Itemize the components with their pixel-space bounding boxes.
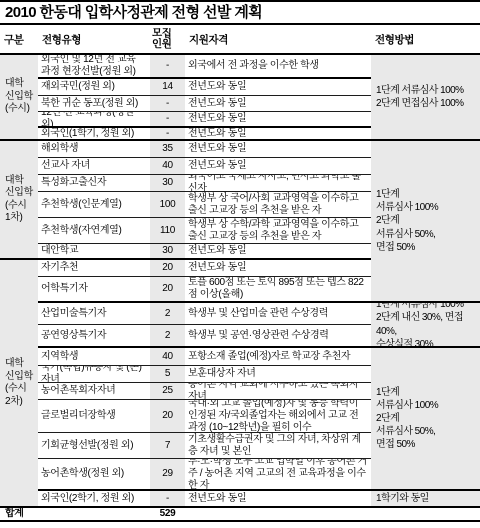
quota-cell: - bbox=[150, 96, 185, 112]
quota-cell: 20 bbox=[150, 260, 185, 277]
eligibility-cell: 학생부 상 수학/과학 교과영역을 이수하고 출신 고교장 등의 추천을 받은 … bbox=[185, 218, 371, 244]
type-cell: 12년 전 교육과정(정원 외) bbox=[38, 112, 150, 128]
newspaper-table-page: 2010 한동대 입학사정관제 전형 선발 계획 구분 전형유형 모집 인원 지… bbox=[0, 0, 480, 528]
type-cell: 선교사 자녀 bbox=[38, 158, 150, 175]
header-gubun: 구분 bbox=[0, 32, 38, 47]
method-cell: 1학기와 동일 bbox=[371, 491, 480, 508]
type-cell: 지역학생 bbox=[38, 348, 150, 366]
page-title: 2010 한동대 입학사정관제 전형 선발 계획 bbox=[0, 2, 480, 25]
total-empty-cell bbox=[185, 508, 480, 522]
quota-cell: 14 bbox=[150, 79, 185, 96]
eligibility-cell: 외국에서 전 과정을 이수한 학생 bbox=[185, 55, 371, 79]
type-cell: 농어촌학생(정원 외) bbox=[38, 459, 150, 491]
quota-cell: 29 bbox=[150, 459, 185, 491]
quota-cell: - bbox=[150, 491, 185, 508]
total-label: 합계 bbox=[0, 508, 150, 522]
quota-cell: 40 bbox=[150, 348, 185, 366]
quota-cell: 7 bbox=[150, 433, 185, 459]
method-cell: 1단계 서류심사 100% 2단계 면접심사 100% bbox=[371, 55, 480, 141]
eligibility-cell: 전년도와 동일 bbox=[185, 491, 371, 508]
method-cell: 1단계 서류심사 100% 2단계 내신 30%, 면접 40%, 수상실적 3… bbox=[371, 303, 480, 348]
eligibility-cell: 포항소재 졸업(예정)자로 학교장 추천자 bbox=[185, 348, 371, 366]
eligibility-cell: 농어촌 지역 교회에 시무하고 있는 목회자 자녀 bbox=[185, 383, 371, 400]
eligibility-cell: 학생부 상 국어/사회 교과영역을 이수하고 출신 고교장 등의 추천을 받은 … bbox=[185, 192, 371, 218]
type-cell: 대안학교 bbox=[38, 244, 150, 260]
admissions-table: 대학 신입학 (수시) 대학 신입학 (수시 1차) 대학 신입학 (수시 2차… bbox=[0, 55, 480, 522]
quota-cell: 2 bbox=[150, 325, 185, 348]
group-label-susi-2cha: 대학 신입학 (수시 2차) bbox=[0, 260, 38, 508]
type-cell: 산업미술특기자 bbox=[38, 303, 150, 325]
type-cell: 재외국민(정원 외) bbox=[38, 79, 150, 96]
type-cell: 외국인(1학기, 정원 외) bbox=[38, 128, 150, 141]
quota-cell: 30 bbox=[150, 244, 185, 260]
table-header-row: 구분 전형유형 모집 인원 지원자격 전형방법 bbox=[0, 25, 480, 55]
quota-cell: 40 bbox=[150, 158, 185, 175]
eligibility-cell: 전년도와 동일 bbox=[185, 79, 371, 96]
quota-cell: - bbox=[150, 55, 185, 79]
header-method: 전형방법 bbox=[371, 32, 480, 47]
eligibility-cell: 전년도와 동일 bbox=[185, 128, 371, 141]
eligibility-cell: 전년도와 동일 bbox=[185, 141, 371, 158]
eligibility-cell: 학생부 및 공연·영상관련 수상경력 bbox=[185, 325, 371, 348]
type-cell: 북한 귀순 동포(정원 외) bbox=[38, 96, 150, 112]
header-type: 전형유형 bbox=[38, 32, 150, 47]
type-cell: 추천학생(자연계열) bbox=[38, 218, 150, 244]
method-cell: 1단계 서류심사 100% 2단계 서류심사 50%, 면접 50% bbox=[371, 348, 480, 491]
type-cell: 해외학생 bbox=[38, 141, 150, 158]
quota-cell: 110 bbox=[150, 218, 185, 244]
eligibility-cell: 보훈대상자 자녀 bbox=[185, 366, 371, 383]
quota-cell: 35 bbox=[150, 141, 185, 158]
quota-cell: 5 bbox=[150, 366, 185, 383]
eligibility-cell: 전년도와 동일 bbox=[185, 260, 371, 277]
group-label-susi: 대학 신입학 (수시) bbox=[0, 55, 38, 141]
type-cell: 국가(독립)유공자 및 (손)자녀 bbox=[38, 366, 150, 383]
total-value: 529 bbox=[150, 508, 185, 522]
quota-cell: 100 bbox=[150, 192, 185, 218]
quota-cell: 20 bbox=[150, 277, 185, 303]
type-cell: 어학특기자 bbox=[38, 277, 150, 303]
header-eligibility: 지원자격 bbox=[185, 32, 371, 47]
type-cell: 특성화고출신자 bbox=[38, 175, 150, 192]
eligibility-cell: 전년도와 동일 bbox=[185, 96, 371, 112]
type-cell: 외국인 및 12년 전 교육 과정 현장선발(정원 외) bbox=[38, 55, 150, 79]
eligibility-cell: 학생부 및 산업미술 관련 수상경력 bbox=[185, 303, 371, 325]
eligibility-cell: 전년도와 동일 bbox=[185, 244, 371, 260]
type-cell: 농어촌목회자자녀 bbox=[38, 383, 150, 400]
type-cell: 공연영상특기자 bbox=[38, 325, 150, 348]
method-cell: 1단계 서류심사 100% 2단계 서류심사 50%, 면접 50% bbox=[371, 141, 480, 303]
eligibility-cell: 전년도와 동일 bbox=[185, 112, 371, 128]
quota-cell: 30 bbox=[150, 175, 185, 192]
quota-cell: - bbox=[150, 128, 185, 141]
type-cell: 글로벌리더장학생 bbox=[38, 400, 150, 433]
eligibility-cell: 부·모·학생 모두 고교 입학일 이후 농어촌 거주 / 농어촌 지역 고교의 … bbox=[185, 459, 371, 491]
eligibility-cell: 국내·외 고교 졸업(예정)자 및 동등 학력이 인정된 자/국외졸업자는 해외… bbox=[185, 400, 371, 433]
eligibility-cell: 전년도와 동일 bbox=[185, 158, 371, 175]
type-cell: 추천학생(인문계열) bbox=[38, 192, 150, 218]
header-quota: 모집 인원 bbox=[150, 28, 185, 50]
eligibility-cell: 외국어고 국제고 자사고, 민사고 과학고 출신자 bbox=[185, 175, 371, 192]
type-cell: 자기추천 bbox=[38, 260, 150, 277]
eligibility-cell: 기초생활수급권자 및 그의 자녀, 차상위 계층 자녀 및 본인 bbox=[185, 433, 371, 459]
type-cell: 기회균형선발(정원 외) bbox=[38, 433, 150, 459]
quota-cell: - bbox=[150, 112, 185, 128]
group-label-susi-1cha: 대학 신입학 (수시 1차) bbox=[0, 141, 38, 260]
type-cell: 외국인(2학기, 정원 외) bbox=[38, 491, 150, 508]
eligibility-cell: 토플 600점 또는 토익 895점 또는 텝스 822점 이상(올해) bbox=[185, 277, 371, 303]
quota-cell: 25 bbox=[150, 383, 185, 400]
quota-cell: 2 bbox=[150, 303, 185, 325]
quota-cell: 20 bbox=[150, 400, 185, 433]
